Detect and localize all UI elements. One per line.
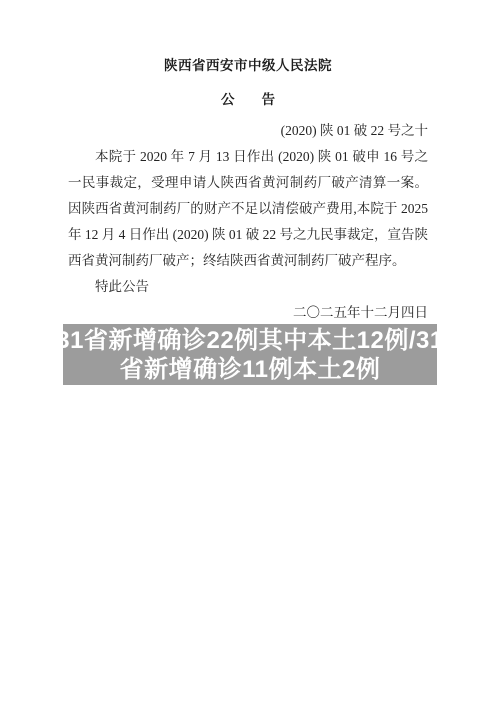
case-number: (2020) 陕 01 破 22 号之十 [68,118,428,144]
notice-heading: 公 告 [68,90,428,110]
court-name: 陕西省西安市中级人民法院 [68,56,428,76]
news-headline-banner: 31省新增确诊22例其中本土12例/31 省新增确诊11例本土2例 [63,324,437,385]
announcement-page: 陕西省西安市中级人民法院 公 告 (2020) 陕 01 破 22 号之十 本院… [0,0,500,706]
announcement-body-paragraph: 本院于 2020 年 7 月 13 日作出 (2020) 陕 01 破申 16 … [68,144,428,274]
court-announcement-document: 陕西省西安市中级人民法院 公 告 (2020) 陕 01 破 22 号之十 本院… [68,56,428,326]
closing-line: 特此公告 [68,274,428,300]
headline-line-2: 省新增确诊11例本土2例 [120,355,381,384]
headline-line-1: 31省新增确诊22例其中本土12例/31 [56,326,443,355]
announcement-date: 二〇二五年十二月四日 [68,300,428,326]
